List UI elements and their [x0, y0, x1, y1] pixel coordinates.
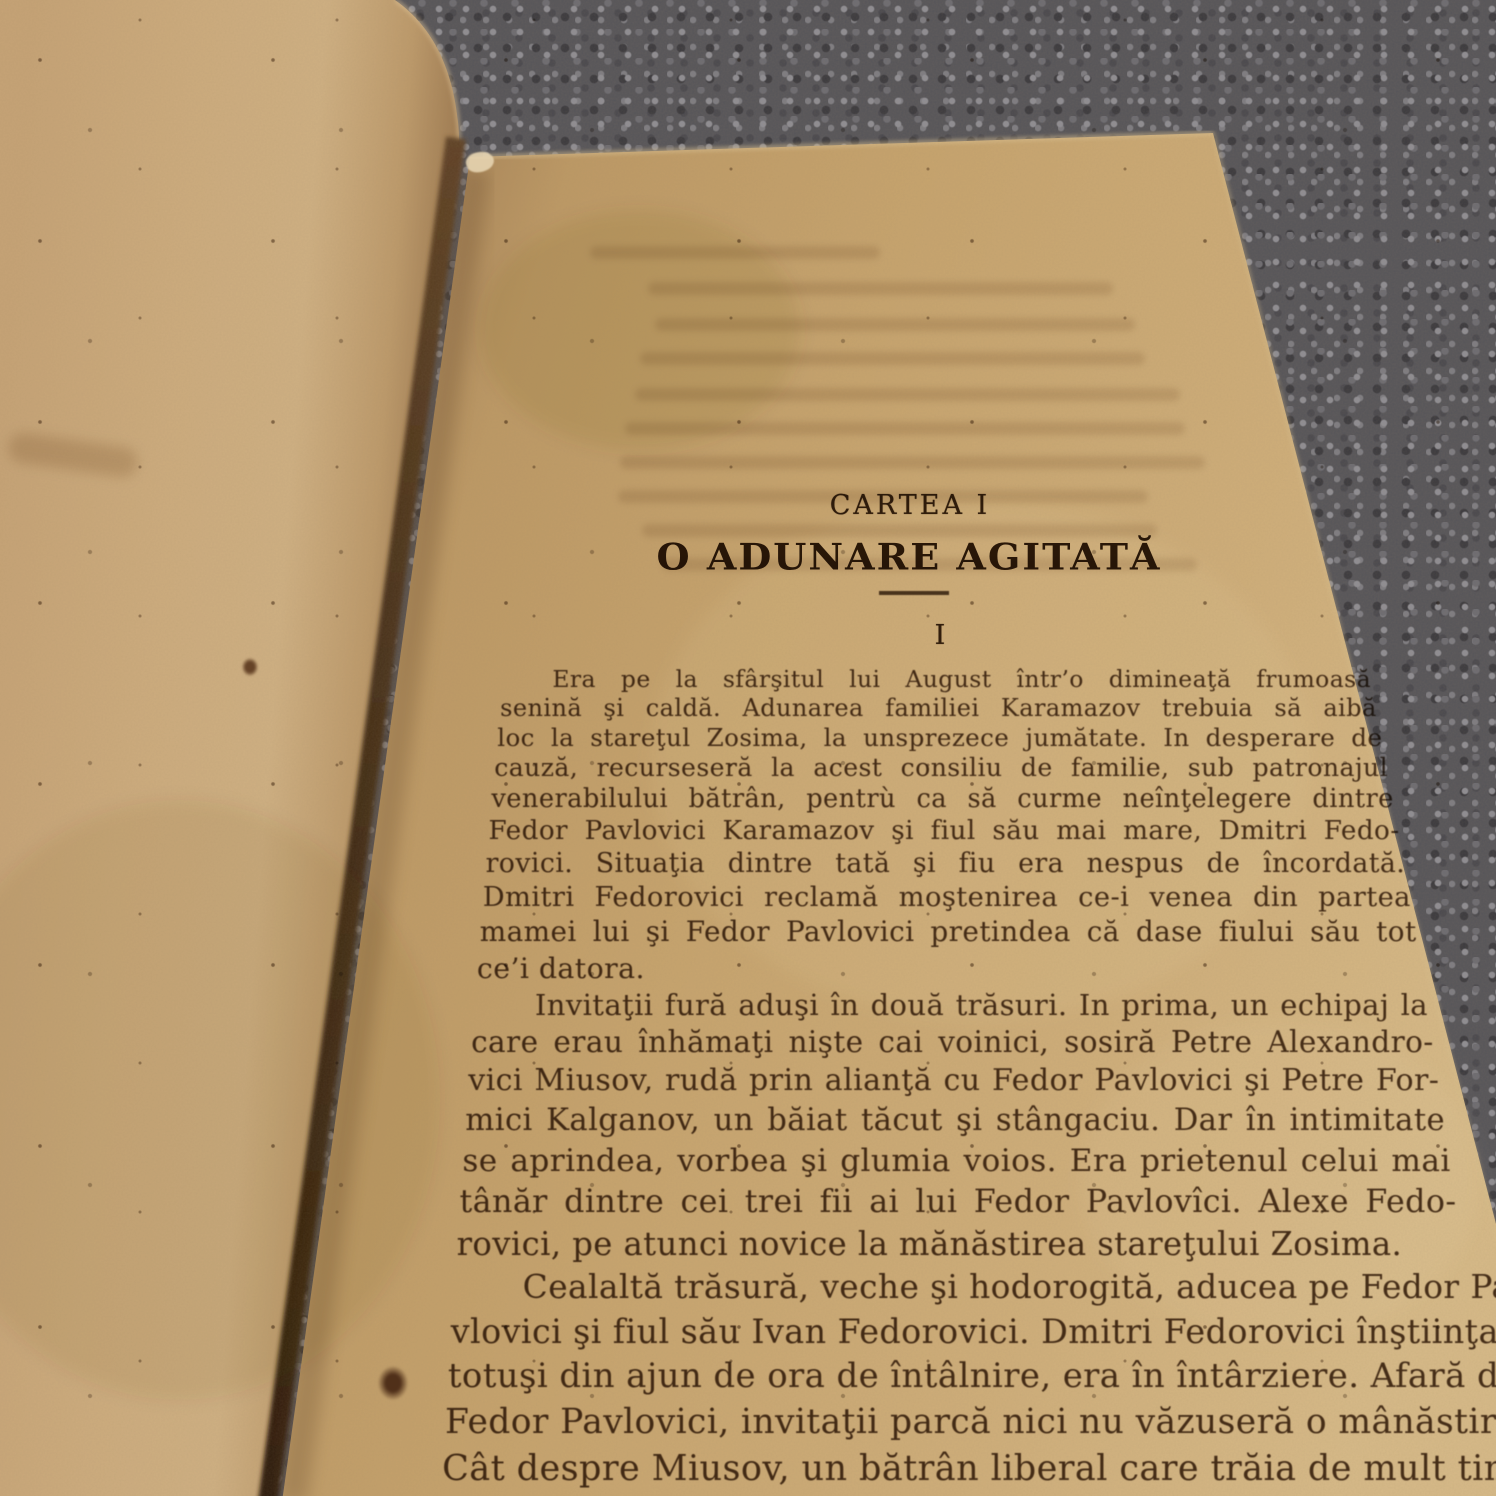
text-line: vlovici şi fiul său Ivan Fedorovici. Dmi…: [451, 1312, 1474, 1351]
bleed-through-row: [642, 524, 1157, 537]
ink-spot-left-page: [242, 658, 258, 676]
title-divider-rule: [879, 591, 949, 595]
text-line: care erau înhămaţi nişte cai voinici, so…: [471, 1025, 1434, 1060]
text-line: vici Miusov, rudă prin alianţă cu Fedor …: [468, 1063, 1439, 1099]
bleed-through-row: [590, 246, 880, 259]
chapter-title: O ADUNARE AGITATĂ: [609, 535, 1209, 579]
text-line: loc la stareţul Zosima, la unsprezece ju…: [497, 723, 1382, 752]
text-line: mamei lui şi Fedor Pavlovici pretindea c…: [480, 916, 1417, 949]
bleed-through-row: [662, 558, 1197, 571]
text-line: Fedor Pavlovici Karamazov şi fiul său ma…: [489, 816, 1400, 847]
bleed-through-row: [620, 456, 1205, 469]
text-line: venerabilului bătrân, pentrù ca să curme…: [491, 784, 1393, 814]
section-numeral: I: [910, 620, 970, 651]
bleed-through-row: [655, 318, 1135, 331]
ink-spot-right-page: [378, 1366, 408, 1400]
text-line: Invitaţii fură aduşi în două trăsuri. In…: [474, 988, 1428, 1022]
text-line: cauză, recurseseră la acest consiliu de …: [494, 753, 1388, 783]
bleed-through-row: [648, 282, 1113, 295]
text-line: totuşi din ajun de ora de întâlnire, era…: [448, 1356, 1479, 1396]
text-line: senină şi caldă. Adunarea familiei Karam…: [500, 694, 1377, 722]
bleed-through-row: [640, 352, 1145, 365]
text-line: se aprindea, vorbea şi glumia voios. Era…: [462, 1143, 1450, 1180]
bleed-through-row: [618, 490, 1148, 503]
text-line: tânăr dintre cei trei fii ai lui Fedor P…: [460, 1184, 1457, 1221]
text-line: Cât despre Miusov, un bătrân liberal car…: [442, 1448, 1491, 1489]
text-line: Cealaltă trăsură, veche şi hodorogită, a…: [454, 1268, 1468, 1307]
bleed-through-row: [635, 388, 1180, 401]
text-line: ce’i datora.: [477, 952, 1422, 986]
text-line: Era pe la sfârşitul lui August într’o di…: [503, 666, 1371, 694]
open-book-photo: CARTEA I O ADUNARE AGITATĂ I Era pe la s…: [0, 0, 1496, 1496]
text-line: Dmitri Fedorovici reclamă moştenirea ce-…: [483, 882, 1411, 914]
printed-text-layer: CARTEA I O ADUNARE AGITATĂ I Era pe la s…: [0, 0, 1496, 1496]
text-line: Fedor Pavlovici, invitaţii parcă nici nu…: [445, 1402, 1485, 1443]
text-line: rovici. Situaţia dintre tată şi fiu era …: [486, 848, 1406, 880]
text-line: rovici, pe atunci novice la mănăstirea s…: [457, 1225, 1463, 1263]
bleed-through-row: [625, 422, 1185, 435]
text-line: mici Kalganov, un băiat tăcut şi stângac…: [465, 1103, 1445, 1139]
